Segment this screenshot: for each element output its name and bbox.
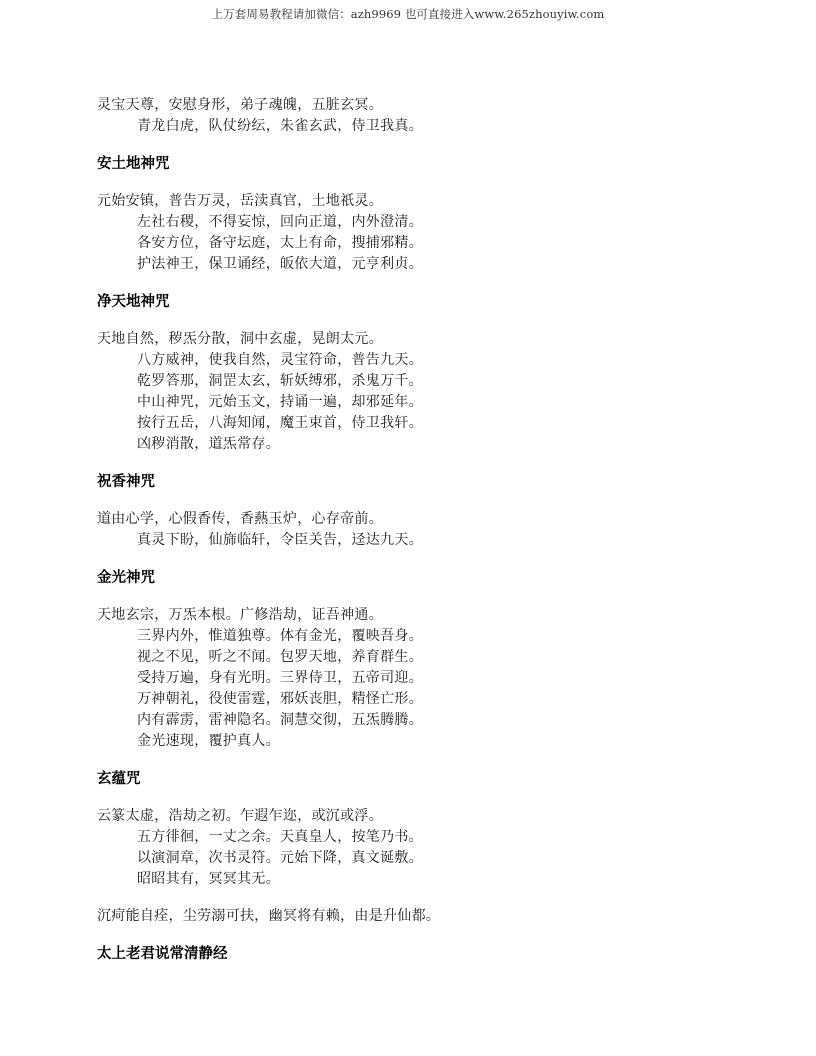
text-line: 天地自然，秽炁分散，洞中玄虚，晃朗太元。	[97, 329, 737, 350]
text-line: 视之不见，听之不闻。包罗天地，养育群生。	[97, 647, 737, 668]
section-heading: 净天地神咒	[97, 292, 737, 313]
text-line: 中山神咒，元始玉文，持诵一遍，却邪延年。	[97, 392, 737, 413]
text-line: 元始安镇，普告万灵，岳渎真官，土地祇灵。	[97, 191, 737, 212]
section-jing-tiandi-shenzhou: 净天地神咒 天地自然，秽炁分散，洞中玄虚，晃朗太元。 八方威神，使我自然，灵宝符…	[97, 292, 737, 455]
text-line: 内有霹雳，雷神隐名。洞慧交彻，五炁腾腾。	[97, 710, 737, 731]
text-line: 左社右稷，不得妄惊，回向正道，内外澄清。	[97, 212, 737, 233]
text-line: 五方徘徊，一丈之余。天真皇人，按笔乃书。	[97, 827, 737, 848]
header-watermark: 上万套周易教程请加微信：azh9969 也可直接进入www.265zhouyiw…	[0, 6, 816, 22]
text-line: 真灵下盼，仙旆临轩，令臣关告，迳达九天。	[97, 530, 737, 551]
text-line: 按行五岳，八海知闻，魔王束首，侍卫我轩。	[97, 413, 737, 434]
section-heading: 祝香神咒	[97, 472, 737, 493]
text-line: 金光速现，覆护真人。	[97, 731, 737, 752]
text-line: 各安方位，备守坛庭，太上有命，搜捕邪精。	[97, 233, 737, 254]
section-zhuxiang-shenzhou: 祝香神咒 道由心学，心假香传，香爇玉炉，心存帝前。 真灵下盼，仙旆临轩，令臣关告…	[97, 472, 737, 551]
text-line: 万神朝礼，役使雷霆，邪妖丧胆，精怪亡形。	[97, 689, 737, 710]
text-line: 道由心学，心假香传，香爇玉炉，心存帝前。	[97, 509, 737, 530]
section-xuanyun-zhou: 玄蕴咒 云篆太虚，浩劫之初。乍遐乍迩，或沉或浮。 五方徘徊，一丈之余。天真皇人，…	[97, 769, 737, 927]
text-line: 灵宝天尊，安慰身形，弟子魂魄，五脏玄冥。	[97, 95, 737, 116]
text-line: 凶秽消散，道炁常存。	[97, 434, 737, 455]
text-line: 云篆太虚，浩劫之初。乍遐乍迩，或沉或浮。	[97, 806, 737, 827]
text-line: 青龙白虎，队仗纷纭，朱雀玄武，侍卫我真。	[97, 116, 737, 137]
text-line: 天地玄宗，万炁本根。广修浩劫，证吾神通。	[97, 605, 737, 626]
section-heading: 安土地神咒	[97, 154, 737, 175]
text-line: 以演洞章，次书灵符。元始下降，真文诞敷。	[97, 848, 737, 869]
section-qingjing-jing: 太上老君说常清静经	[97, 944, 737, 965]
text-line: 八方威神，使我自然，灵宝符命，普告九天。	[97, 350, 737, 371]
text-line: 昭昭其有，冥冥其无。	[97, 869, 737, 890]
section-continuation: 灵宝天尊，安慰身形，弟子魂魄，五脏玄冥。 青龙白虎，队仗纷纭，朱雀玄武，侍卫我真…	[97, 95, 737, 137]
section-heading: 玄蕴咒	[97, 769, 737, 790]
text-line: 受持万遍，身有光明。三界侍卫，五帝司迎。	[97, 668, 737, 689]
section-heading: 太上老君说常清静经	[97, 944, 737, 965]
section-jinguang-shenzhou: 金光神咒 天地玄宗，万炁本根。广修浩劫，证吾神通。 三界内外，惟道独尊。体有金光…	[97, 568, 737, 752]
text-line: 三界内外，惟道独尊。体有金光，覆映吾身。	[97, 626, 737, 647]
text-line: 沉疴能自痊，尘劳溺可扶，幽冥将有赖，由是升仙都。	[97, 906, 737, 927]
text-line: 乾罗答那，洞罡太玄，斩妖缚邪，杀鬼万千。	[97, 371, 737, 392]
text-line: 护法神王，保卫诵经，皈依大道，元亨利贞。	[97, 254, 737, 275]
section-heading: 金光神咒	[97, 568, 737, 589]
document-page: 灵宝天尊，安慰身形，弟子魂魄，五脏玄冥。 青龙白虎，队仗纷纭，朱雀玄武，侍卫我真…	[97, 95, 737, 981]
section-an-tudi-shenzhou: 安土地神咒 元始安镇，普告万灵，岳渎真官，土地祇灵。 左社右稷，不得妄惊，回向正…	[97, 154, 737, 275]
